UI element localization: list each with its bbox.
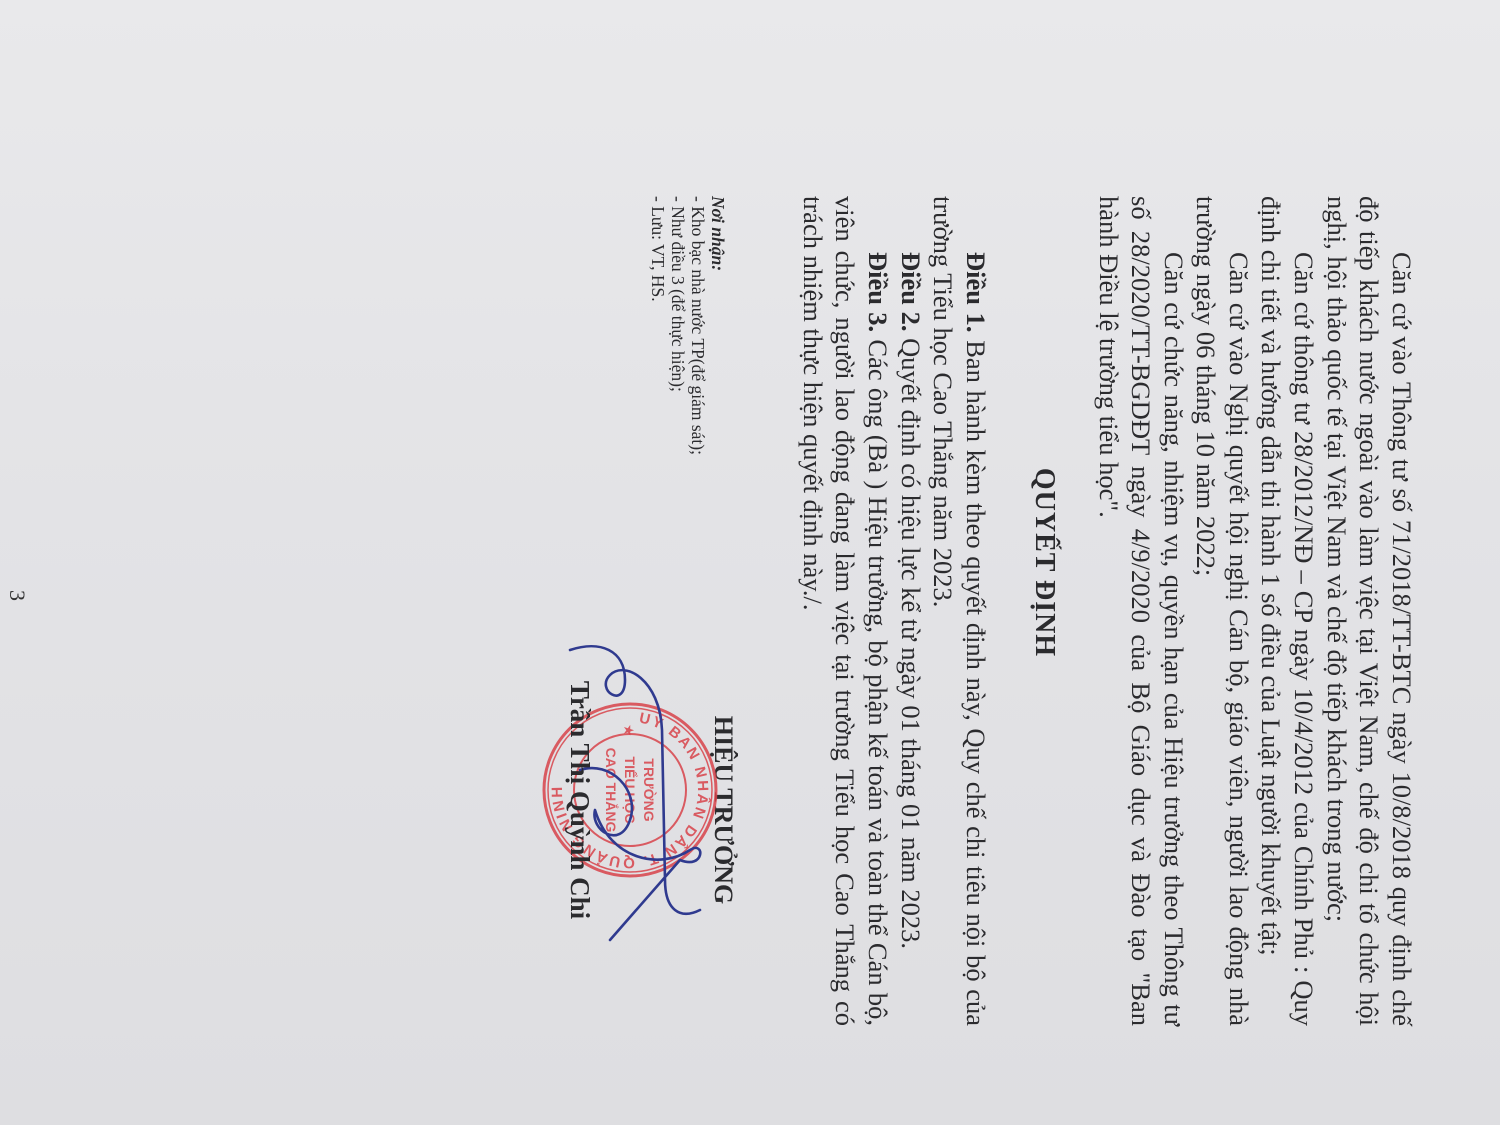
recipient-item: - Lưu: VT, HS. [648,196,668,455]
preamble-paragraph-3: Căn cứ vào Nghị quyết hội nghị Cán bộ, g… [1190,196,1255,1026]
article-3: Điều 3. Các ông (Bà ) Hiệu trưởng, bộ ph… [796,196,894,1026]
article-3-label: Điều 3. [863,252,893,332]
document-page: Căn cứ vào Thông tư số 71/2018/TT-BTC ng… [0,0,1500,1125]
signer-name: Trần Thị Quỳnh Chi [564,640,595,960]
document-title: QUYẾT ĐỊNH [1028,0,1060,1125]
page-number: 3 [4,590,30,601]
recipients-heading: Nơi nhận: [708,196,728,455]
recipient-item: - Kho bạc nhà nước TP(để giám sát); [688,196,708,455]
preamble-paragraph-2: Căn cứ thông tư 28/2012/NĐ – CP ngày 10/… [1255,196,1320,1026]
article-1: Điều 1. Ban hành kèm theo quyết định này… [927,196,992,1026]
document-photo: Căn cứ vào Thông tư số 71/2018/TT-BTC ng… [0,0,1500,1125]
preamble-paragraph-4: Căn cứ chức năng, nhiệm vụ, quyền hạn củ… [1092,196,1190,1026]
article-2-text: Quyết định có hiệu lực kể từ ngày 01 thá… [896,332,926,950]
article-2-label: Điều 2. [896,252,926,332]
recipients-block: Nơi nhận: - Kho bạc nhà nước TP(để giám … [648,196,728,455]
article-2: Điều 2. Quyết định có hiệu lực kể từ ngà… [894,196,927,1026]
preamble-paragraph-1: Căn cứ vào Thông tư số 71/2018/TT-BTC ng… [1320,196,1418,1026]
recipient-item: - Như điều 3 (để thực hiện); [668,196,688,455]
article-1-label: Điều 1. [961,252,991,333]
